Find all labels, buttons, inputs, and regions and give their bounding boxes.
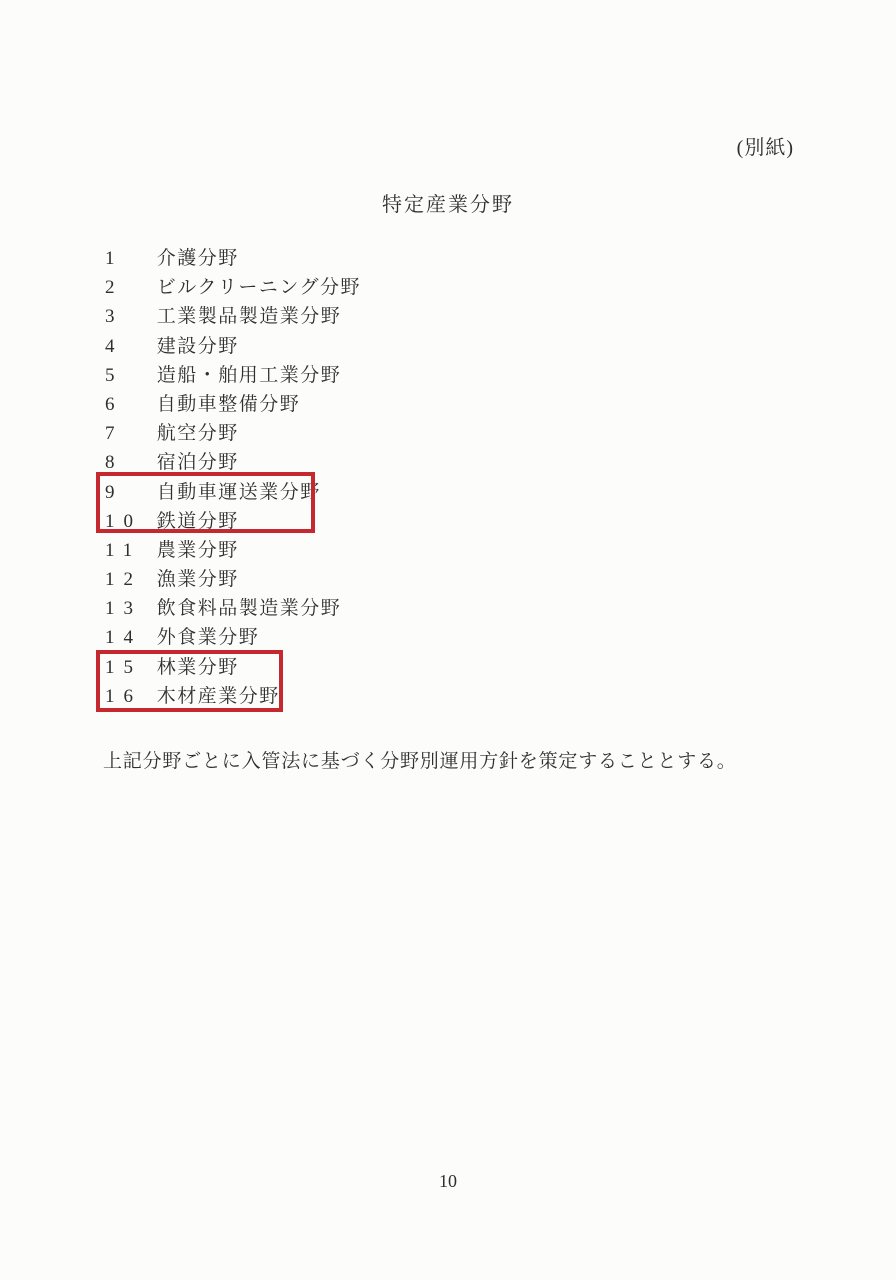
list-item: 9 自動車運送業分野 — [105, 478, 361, 507]
list-item: 14 外食業分野 — [105, 623, 361, 652]
list-item-number: 3 — [105, 302, 152, 331]
list-item: 3 工業製品製造業分野 — [105, 302, 361, 331]
list-item-label: 造船・舶用工業分野 — [157, 365, 342, 386]
list-item-label: 漁業分野 — [157, 569, 239, 590]
list-item-label: 林業分野 — [157, 657, 239, 678]
appendix-label: (別紙) — [737, 131, 794, 160]
list-item: 11 農業分野 — [105, 536, 361, 565]
page-title: 特定産業分野 — [0, 188, 896, 217]
list-item-number: 5 — [105, 361, 152, 390]
list-item-label: ビルクリーニング分野 — [157, 277, 361, 298]
list-item-number: 9 — [105, 478, 152, 507]
list-item-number: 8 — [105, 448, 152, 477]
industry-field-list: 1 介護分野 2 ビルクリーニング分野 3 工業製品製造業分野 4 建設分野 5… — [105, 244, 361, 711]
list-item-number: 2 — [105, 273, 152, 302]
list-item: 12 漁業分野 — [105, 565, 361, 594]
list-item-label: 飲食料品製造業分野 — [157, 598, 342, 619]
list-item-number: 13 — [105, 594, 152, 623]
list-item-number: 15 — [105, 653, 152, 682]
list-item-number: 16 — [105, 682, 152, 711]
list-item-label: 鉄道分野 — [157, 511, 239, 532]
list-item-label: 介護分野 — [157, 248, 239, 269]
list-item: 4 建設分野 — [105, 332, 361, 361]
list-item-label: 木材産業分野 — [157, 686, 280, 707]
list-item-label: 外食業分野 — [157, 627, 260, 648]
list-item-label: 宿泊分野 — [157, 452, 239, 473]
list-item: 8 宿泊分野 — [105, 448, 361, 477]
list-item-label: 自動車運送業分野 — [157, 482, 321, 503]
list-item-number: 14 — [105, 623, 152, 652]
list-item-label: 自動車整備分野 — [157, 394, 301, 415]
list-item-number: 1 — [105, 244, 152, 273]
list-item: 6 自動車整備分野 — [105, 390, 361, 419]
list-item-number: 10 — [105, 507, 152, 536]
list-item-label: 工業製品製造業分野 — [157, 306, 342, 327]
list-item: 7 航空分野 — [105, 419, 361, 448]
list-item-label: 航空分野 — [157, 423, 239, 444]
list-item-number: 12 — [105, 565, 152, 594]
list-item-label: 農業分野 — [157, 540, 239, 561]
list-item-number: 11 — [105, 536, 152, 565]
list-item-number: 4 — [105, 332, 152, 361]
list-item-number: 6 — [105, 390, 152, 419]
list-item: 15 林業分野 — [105, 653, 361, 682]
list-item: 1 介護分野 — [105, 244, 361, 273]
list-item-label: 建設分野 — [157, 336, 239, 357]
list-item: 16 木材産業分野 — [105, 682, 361, 711]
page-number: 10 — [0, 1171, 896, 1192]
list-item: 2 ビルクリーニング分野 — [105, 273, 361, 302]
closing-text: 上記分野ごとに入管法に基づく分野別運用方針を策定することとする。 — [103, 746, 737, 773]
document-page: (別紙) 特定産業分野 1 介護分野 2 ビルクリーニング分野 3 工業製品製造… — [0, 0, 896, 1280]
list-item: 10 鉄道分野 — [105, 507, 361, 536]
list-item-number: 7 — [105, 419, 152, 448]
list-item: 13 飲食料品製造業分野 — [105, 594, 361, 623]
list-item: 5 造船・舶用工業分野 — [105, 361, 361, 390]
